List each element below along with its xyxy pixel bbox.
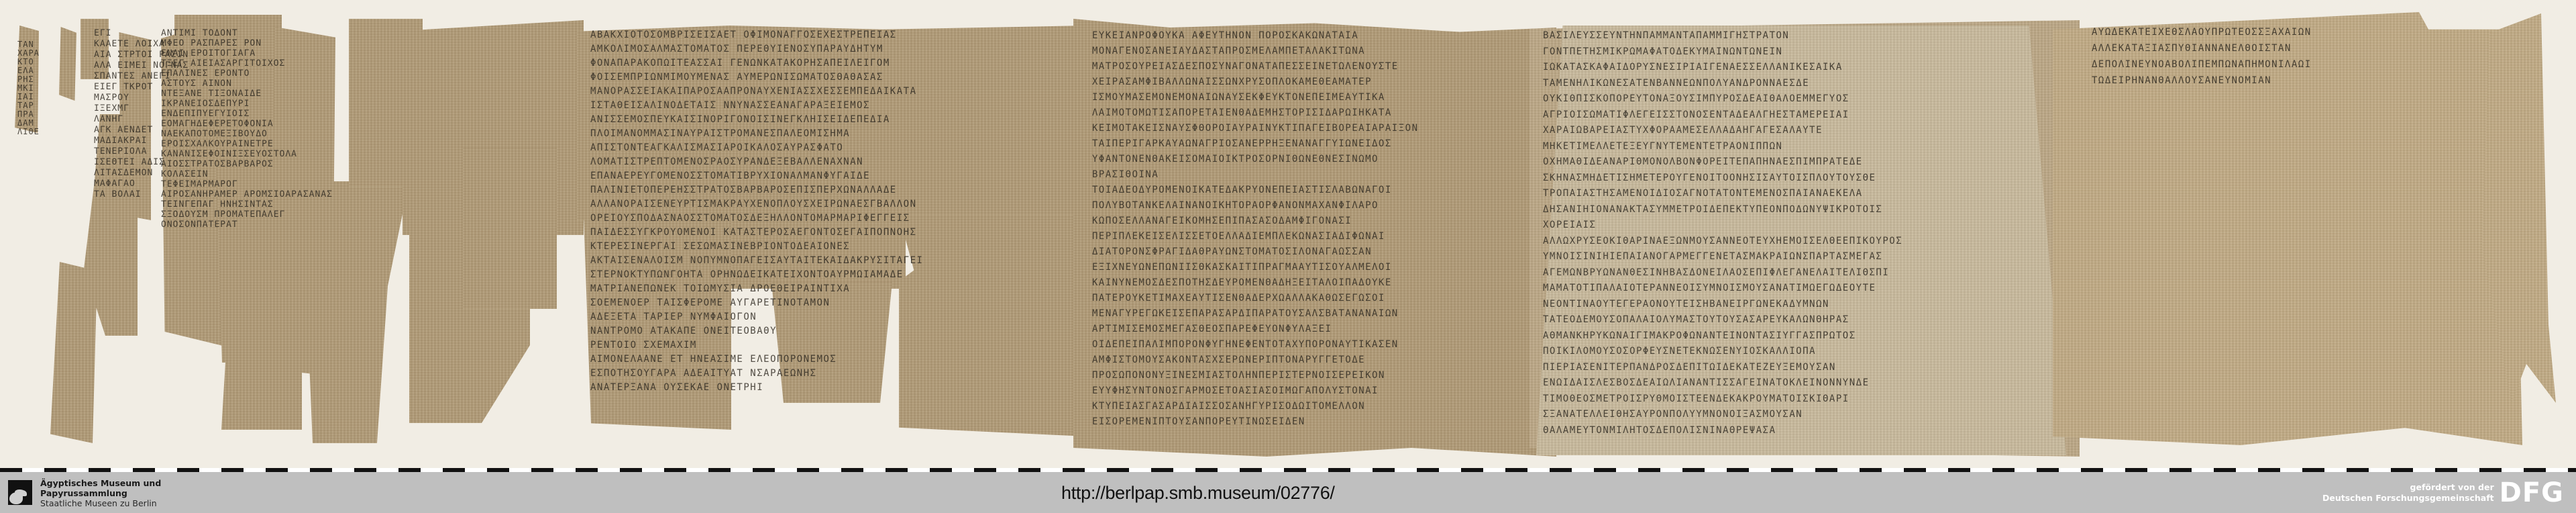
papyrus-photo: ΤΑΝ ΧΑΡΑ ΚΤΟ ΕΛΑ ΡΗΣ ΜΚΙ ΙΑΙ ΤΑΡ ΠΡΑ ΔΑΜ… (0, 0, 2576, 468)
funder-text: gefördert von der Deutschen Forschungsge… (2322, 482, 2494, 504)
funder-line2: Deutschen Forschungsgemeinschaft (2322, 493, 2494, 504)
museum-name-line1: Ägyptisches Museum und (40, 478, 161, 488)
museum-name: Ägyptisches Museum und Papyrussammlung S… (40, 478, 161, 508)
papyrus-fragment-2 (59, 27, 76, 101)
column-text-1: ΤΑΝ ΧΑΡΑ ΚΤΟ ΕΛΑ ΡΗΣ ΜΚΙ ΙΑΙ ΤΑΡ ΠΡΑ ΔΑΜ… (17, 40, 51, 141)
museum-name-line2: Papyrussammlung (40, 488, 161, 498)
papyrus-fragment-6 (50, 262, 97, 443)
column-text-7: ΑΥΩΔΕΚΑΤΕΙΧΕΘΣΛΑΟΥΠΡΩΤΕΟΣΣΞΑΧΑΙΩΝ ΑΛΛΕΚΑ… (2092, 24, 2467, 111)
eagle-logo-icon (8, 480, 32, 505)
museum-name-line3: Staatliche Museen zu Berlin (40, 498, 161, 508)
funder-line1: gefördert von der (2322, 482, 2494, 493)
funder-credit: gefördert von der Deutschen Forschungsge… (2322, 479, 2564, 506)
column-text-3: ΑΝΤΙΜΙ ΤΟΔΟΝΤ ΜΦΕΟ ΡΑΣΠΑΡΕΣ ΡΟΝ ΕΝΑΙ ΕΡΟ… (161, 28, 584, 324)
dfg-logo-icon: DFG (2500, 479, 2564, 506)
permalink-url[interactable]: http://berlpap.smb.museum/02776/ (1061, 483, 1335, 504)
column-text-4: ΑΒΑΚΧΙΟΤΟΣΟΜΒΡΙΣΕΙΣΑΕΤ ΟΦΙΜΟΝΑΓΓΟΣΕΧΕΣΤΡ… (590, 28, 1087, 431)
footer-banner: Ägyptisches Museum und Papyrussammlung S… (0, 472, 2576, 513)
column-text-6: ΒΑΣΙΛΕΥΣΣΕΥΝΤΗΝΠΑΜΜΑΝΤΑΠΑΜΜΙΓΗΣΤΡΑΤΟΝ ΓΟ… (1543, 28, 2066, 445)
column-text-5: ΕΥΚΕΙΑΝΡΟΦΟΥΚΑ ΑΦΕΥΤΗΝΟΝ ΠΟΡΟΣΚΑΚΩΝΑΤΑΙΑ… (1092, 28, 1555, 451)
